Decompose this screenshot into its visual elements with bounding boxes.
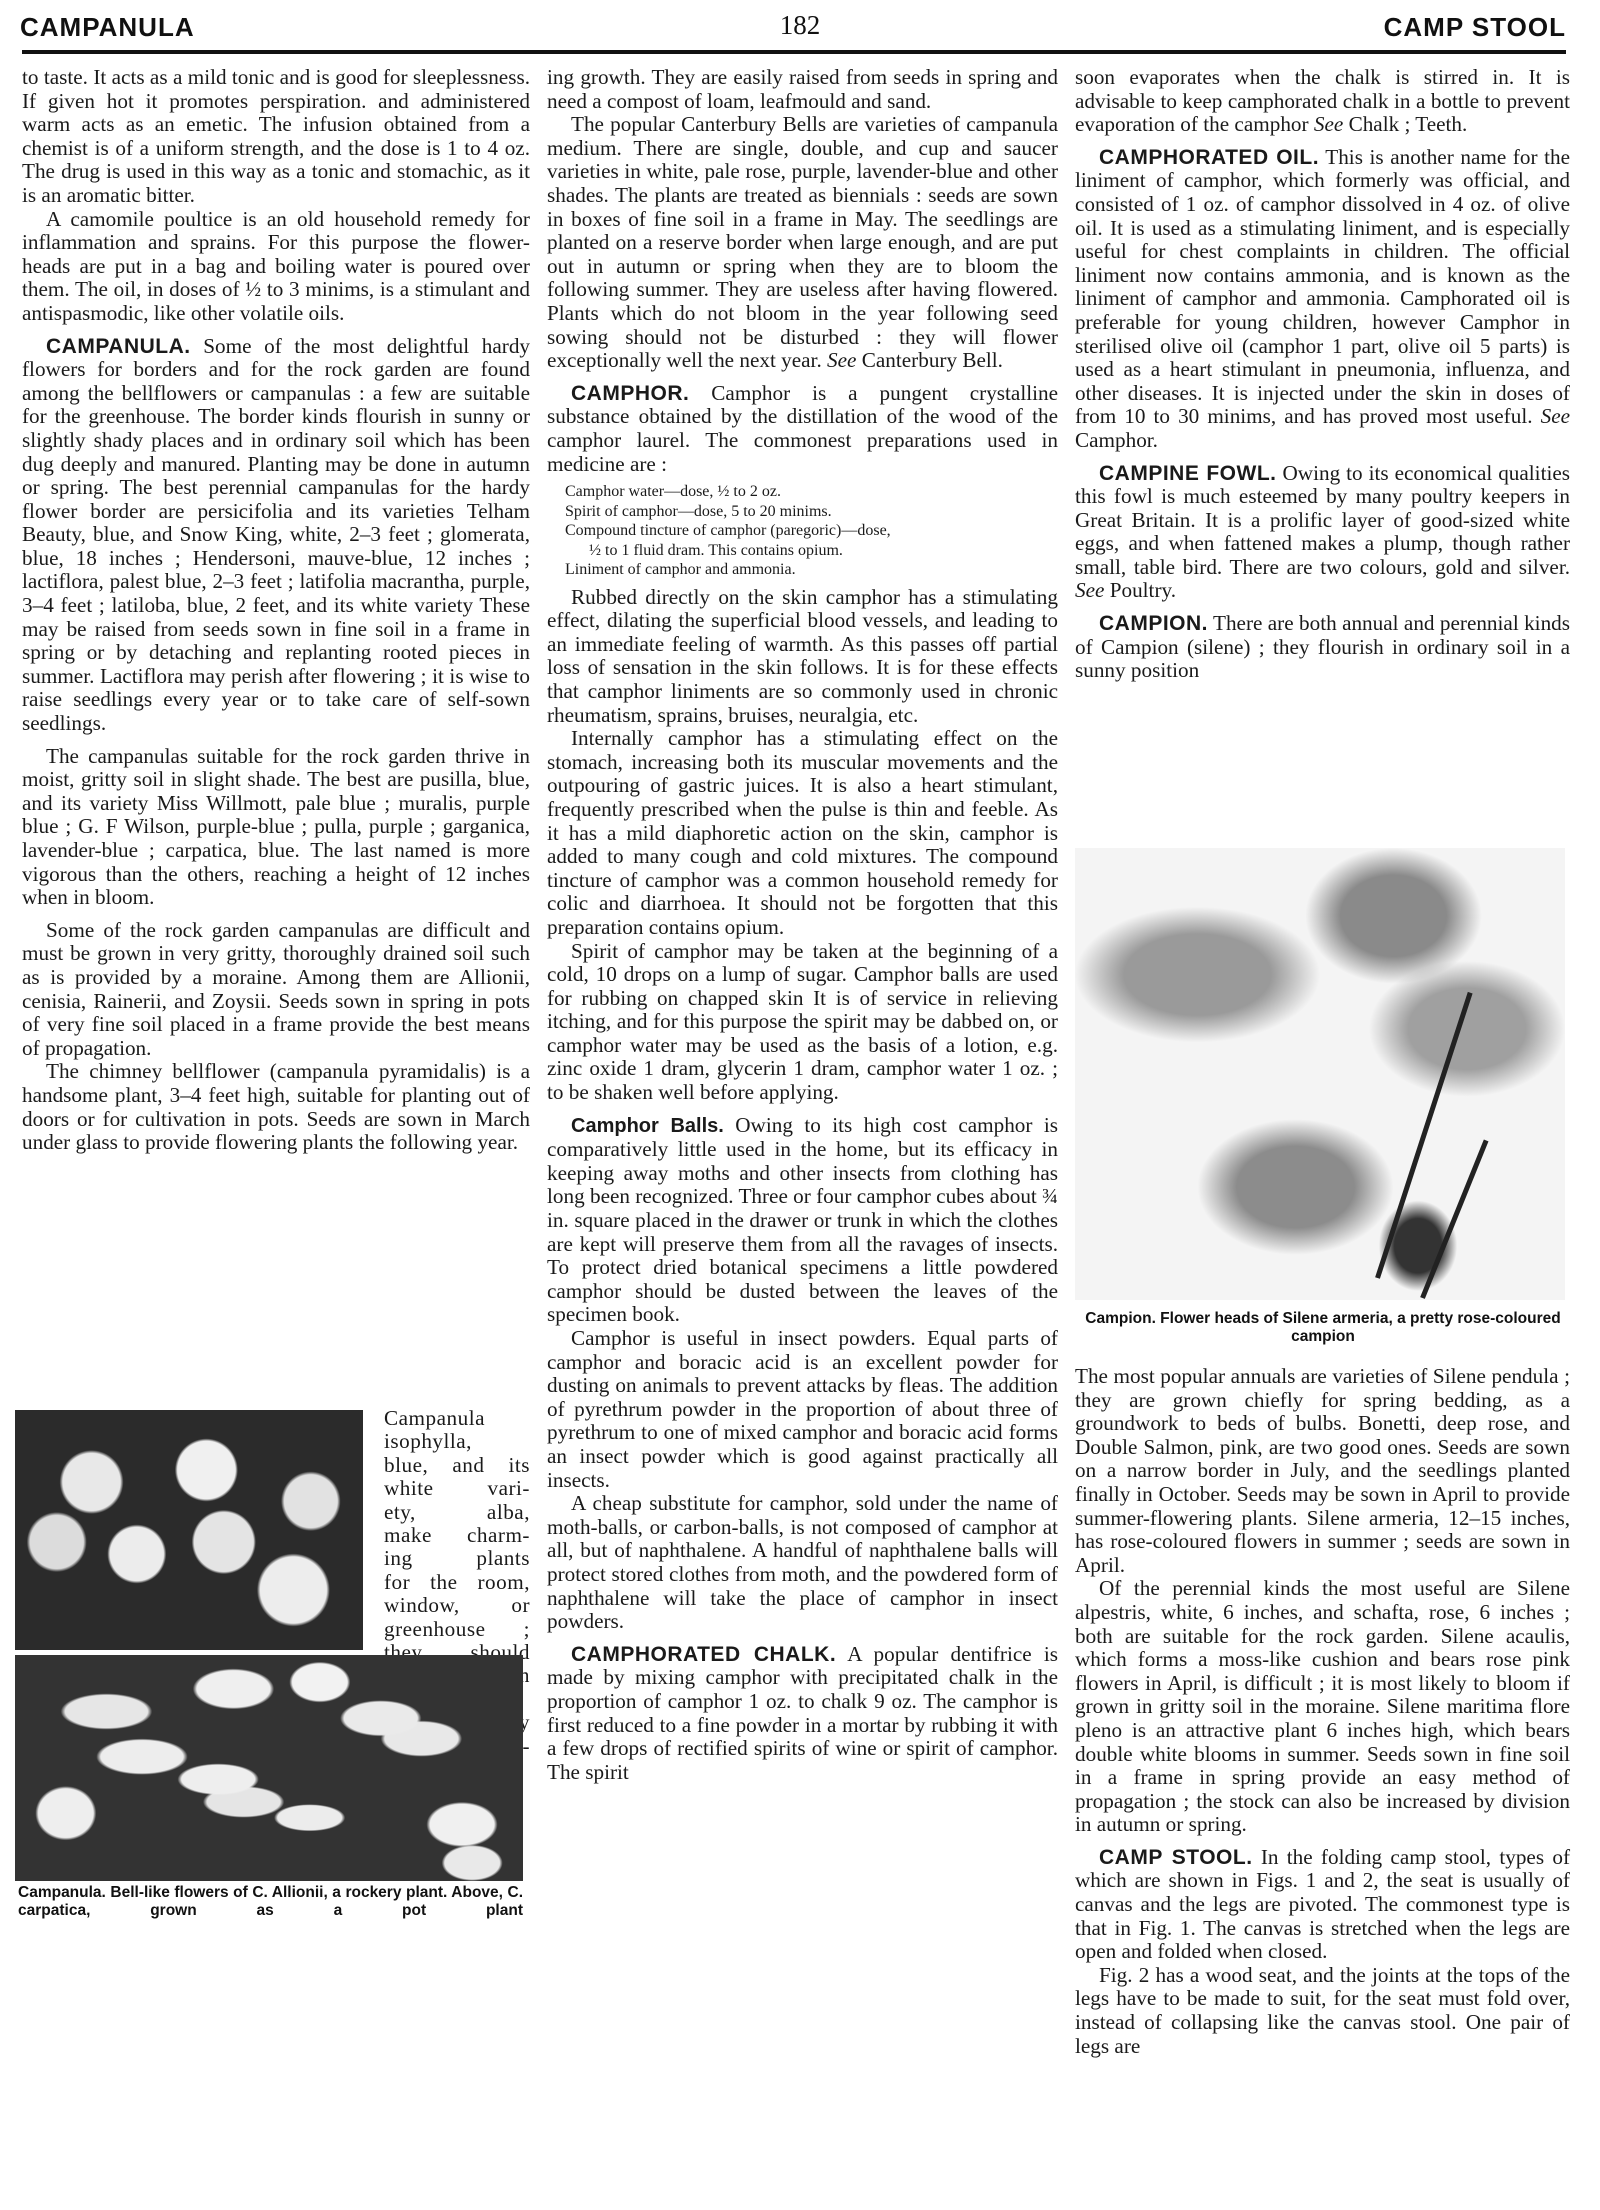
entry-heading: CAMPANULA. xyxy=(46,335,191,358)
entry-subheading: Camphor Balls. xyxy=(571,1115,724,1137)
paragraph: to taste. It acts as a mild tonic and is… xyxy=(22,66,530,208)
entry-camphorated-chalk: CAMPHORATED CHALK. A popular dentifrice … xyxy=(547,1643,1058,1785)
figure-caption-campanula: Campanula. Bell-like flowers of C. Allio… xyxy=(18,1884,523,1920)
paragraph: The campanulas suitable for the rock gar… xyxy=(22,745,530,910)
list-item: Spirit of camphor—dose, 5 to 20 minims. xyxy=(565,502,1058,522)
page-number: 182 xyxy=(0,10,1600,41)
list-item: Compound tincture of camphor (paregoric)… xyxy=(565,521,1058,541)
paragraph: A cheap substitute for camphor, sold und… xyxy=(547,1492,1058,1634)
paragraph: soon evaporates when the chalk is stirre… xyxy=(1075,66,1570,137)
left-column: to taste. It acts as a mild tonic and is… xyxy=(22,66,530,1155)
paragraph: Rubbed directly on the skin camphor has … xyxy=(547,586,1058,728)
entry-text: This is another name for the liniment of… xyxy=(1075,145,1570,429)
entry-camp-stool: CAMP STOOL. In the folding camp stool, t… xyxy=(1075,1846,1570,1964)
list-item: Camphor water—dose, ½ to 2 oz. xyxy=(565,482,1058,502)
figure-caption-campion: Campion. Flower heads of Silene armeria,… xyxy=(1073,1310,1573,1346)
paragraph: Some of the rock garden campanulas are d… xyxy=(22,919,530,1061)
entry-campine-fowl: CAMPINE FOWL. Owing to its economical qu… xyxy=(1075,462,1570,604)
wrap-line: greenhouse ; xyxy=(384,1618,530,1641)
cross-reference: Camphor. xyxy=(1075,428,1158,452)
wrap-line: Campanula xyxy=(384,1407,530,1430)
entry-heading: CAMPION. xyxy=(1099,612,1208,635)
entry-camphorated-oil: CAMPHORATED OIL. This is another name fo… xyxy=(1075,146,1570,453)
entry-heading: CAMPINE FOWL. xyxy=(1099,462,1277,485)
cross-reference: Poultry. xyxy=(1110,578,1176,602)
header-rule xyxy=(22,50,1566,54)
entry-heading: CAMP STOOL. xyxy=(1099,1846,1253,1869)
right-column: soon evaporates when the chalk is stirre… xyxy=(1075,66,1570,683)
running-header-right: CAMP STOOL xyxy=(1384,12,1566,43)
middle-column: ing growth. They are easily raised from … xyxy=(547,66,1058,1784)
wrap-line: ety, alba, xyxy=(384,1501,530,1524)
entry-text: Owing to its high cost camphor is compar… xyxy=(547,1113,1058,1327)
wrap-line: ing plants xyxy=(384,1547,530,1570)
photo-campanula-allionii xyxy=(15,1655,523,1881)
entry-campion: CAMPION. There are both annual and peren… xyxy=(1075,612,1570,683)
entry-heading: CAMPHORATED OIL. xyxy=(1099,146,1319,169)
paragraph: Camphor is useful in insect powders. Equ… xyxy=(547,1327,1058,1492)
paragraph: The chimney bellflower (campanula pyrami… xyxy=(22,1060,530,1154)
entry-camphor-balls: Camphor Balls. Owing to its high cost ca… xyxy=(547,1114,1058,1327)
list-item-continued: ½ to 1 fluid dram. This contains opium. xyxy=(565,541,1058,561)
wrap-line: window, or xyxy=(384,1594,530,1617)
entry-text: Some of the most delightful hardy flower… xyxy=(22,334,530,736)
preparations-list: Camphor water—dose, ½ to 2 oz. Spirit of… xyxy=(565,482,1058,580)
cross-reference: Chalk ; Teeth. xyxy=(1349,112,1468,136)
stem-shape xyxy=(1375,992,1472,1279)
paragraph: Of the perennial kinds the most useful a… xyxy=(1075,1577,1570,1837)
see-label: See xyxy=(1075,578,1104,602)
paragraph: ing growth. They are easily raised from … xyxy=(547,66,1058,113)
list-item: Liniment of camphor and ammonia. xyxy=(565,560,1058,580)
wrap-line: blue, and its xyxy=(384,1454,530,1477)
wrap-line: make charm- xyxy=(384,1524,530,1547)
see-label: See xyxy=(1541,404,1570,428)
entry-campanula: CAMPANULA. Some of the most delightful h… xyxy=(22,335,530,736)
paragraph: Internally camphor has a stimulating eff… xyxy=(547,727,1058,939)
photo-silene-armeria xyxy=(1075,848,1565,1300)
see-label: See xyxy=(1314,112,1343,136)
paragraph-text: The popular Canterbury Bells are varieti… xyxy=(547,112,1058,372)
wrap-line: for the room, xyxy=(384,1571,530,1594)
stem-shape xyxy=(1420,1139,1488,1298)
entry-heading: CAMPHORATED CHALK. xyxy=(571,1643,836,1666)
entry-heading: CAMPHOR. xyxy=(571,382,689,405)
cross-reference: Canterbury Bell. xyxy=(862,348,1003,372)
see-label: See xyxy=(827,348,856,372)
photo-campanula-carpatica xyxy=(15,1410,363,1650)
wrap-line: white vari- xyxy=(384,1477,530,1500)
right-column-continued: The most popular annuals are varieties o… xyxy=(1075,1365,1570,2058)
entry-camphor: CAMPHOR. Camphor is a pungent crystallin… xyxy=(547,382,1058,476)
paragraph: The popular Canterbury Bells are varieti… xyxy=(547,113,1058,373)
paragraph: A camomile poultice is an old household … xyxy=(22,208,530,326)
wrap-line: isophylla, xyxy=(384,1430,530,1453)
paragraph: Spirit of camphor may be taken at the be… xyxy=(547,940,1058,1105)
paragraph: The most popular annuals are varieties o… xyxy=(1075,1365,1570,1577)
paragraph: Fig. 2 has a wood seat, and the joints a… xyxy=(1075,1964,1570,2058)
